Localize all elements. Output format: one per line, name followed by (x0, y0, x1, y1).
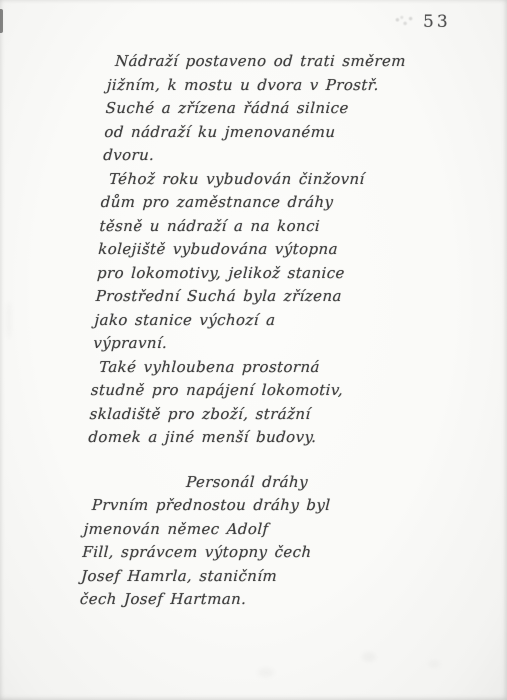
faint-stamp-mark (393, 15, 415, 27)
scan-smudge (428, 660, 440, 668)
handwritten-line: dvoru. (103, 144, 440, 168)
handwritten-line: Prvním přednostou dráhy byl (84, 494, 421, 518)
scan-smudge (6, 300, 12, 340)
handwritten-line: výpravní. (93, 332, 430, 356)
handwritten-line: Také vyhloubena prostorná (91, 356, 428, 380)
handwritten-line: pro lokomotivy, jelikož stanice (96, 262, 433, 286)
manuscript-text: Nádraží postaveno od trati směremjižním,… (79, 50, 444, 612)
handwritten-line: čech Josef Hartman. (79, 588, 416, 612)
handwritten-line: těsně u nádraží a na konci (99, 215, 436, 239)
handwritten-line: kolejiště vybudována výtopna (98, 238, 435, 262)
handwritten-line: od nádraží ku jmenovanému (104, 121, 441, 145)
handwritten-line: jmenován němec Adolf (83, 518, 420, 542)
scan-edge-mark (0, 9, 3, 33)
handwritten-line: Prostřední Suchá byla zřízena (95, 285, 432, 309)
scan-smudge (258, 668, 274, 677)
scanned-page: 53 Nádraží postaveno od trati směremjižn… (0, 0, 507, 700)
handwritten-line: domek a jiné menší budovy. (88, 426, 425, 450)
handwritten-line: studně pro napájení lokomotiv, (90, 379, 427, 403)
handwritten-line: jako stanice výchozí a (94, 309, 431, 333)
handwritten-line: Josef Hamrla, staničním (81, 565, 418, 589)
section-heading: Personál dráhy (85, 471, 422, 495)
handwritten-line: jižním, k mostu u dvora v Prostř. (106, 74, 443, 98)
handwritten-line: skladiště pro zboží, strážní (89, 403, 426, 427)
page-number: 53 (423, 12, 451, 32)
scan-smudge (362, 652, 376, 662)
handwritten-line: Fill, správcem výtopny čech (82, 541, 419, 565)
handwritten-line: Suché a zřízena řádná silnice (105, 97, 442, 121)
handwritten-line: dům pro zaměstnance dráhy (100, 191, 437, 215)
handwritten-line: Nádraží postaveno od trati směrem (107, 50, 444, 74)
handwritten-line: Téhož roku vybudován činžovní (101, 168, 438, 192)
